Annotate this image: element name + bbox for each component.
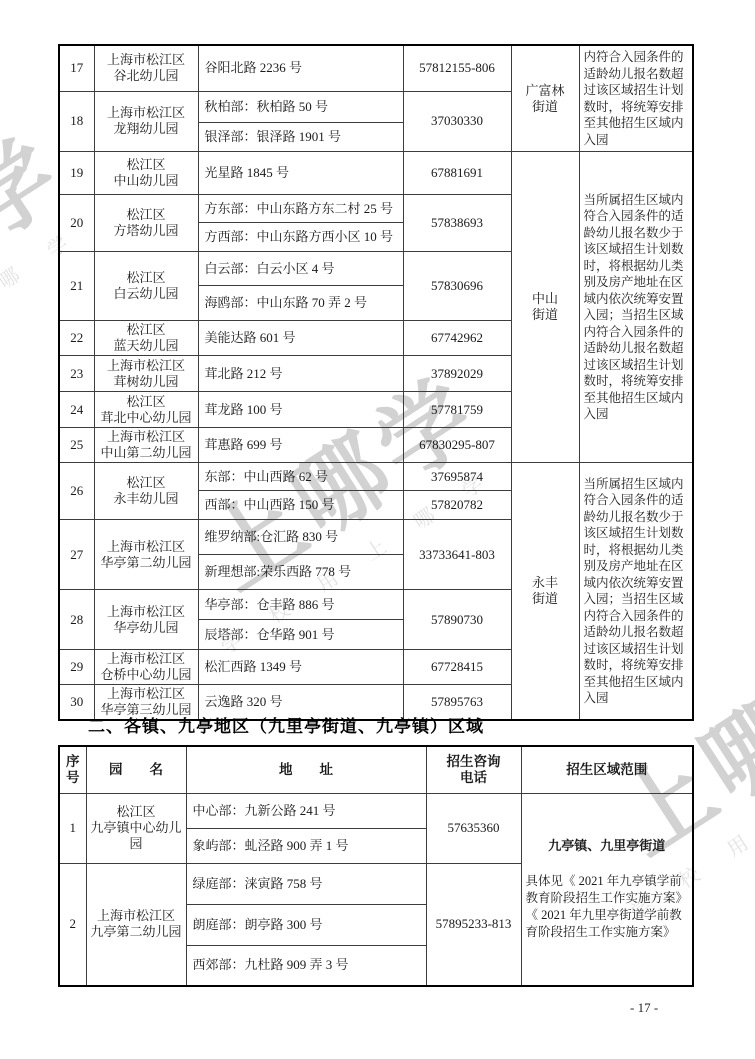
page-number: - 17 -	[630, 1000, 658, 1016]
kindergarten-name-cell: 上海市松江区 华亭幼儿园	[94, 590, 198, 650]
kindergarten-name-cell: 松江区 中山幼儿园	[94, 152, 198, 195]
phone-cell: 57890730	[403, 590, 511, 650]
kindergarten-table-streets: 17 上海市松江区 谷北幼儿园 谷阳北路 2236 号 57812155-806…	[58, 44, 694, 721]
document-page: 上哪学 学 校 用 上 哪 学 上哪学 学 校 用 上 哪 学 上哪学 学 校 …	[0, 0, 755, 1059]
address-cell: 谷阳北路 2236 号	[198, 45, 403, 91]
street-cell: 广富林 街道	[511, 45, 579, 152]
address-cell: 茸惠路 699 号	[198, 428, 403, 463]
phone-cell: 33733641-803	[403, 520, 511, 590]
phone-cell: 57838693	[403, 195, 511, 252]
row-number-cell: 17	[59, 45, 94, 91]
address-cell: 绿庭部：涞寅路 758 号	[186, 863, 426, 904]
kindergarten-table-jiuting: 序 号 园 名 地 址 招生咨询 电话 招生区域范围 1 松江区 九亭镇中心幼儿…	[58, 745, 694, 987]
phone-cell: 67830295-807	[403, 428, 511, 463]
kindergarten-name-cell: 松江区 蓝天幼儿园	[94, 321, 198, 356]
row-number-cell: 22	[59, 321, 94, 356]
address-cell: 茸北路 212 号	[198, 356, 403, 392]
table-header-row: 序 号 园 名 地 址 招生咨询 电话 招生区域范围	[59, 746, 693, 793]
table-row: 1 松江区 九亭镇中心幼儿园 中心部：九新公路 241 号 57635360 九…	[59, 793, 693, 828]
row-number-cell: 18	[59, 91, 94, 152]
kindergarten-name-cell: 松江区 九亭镇中心幼儿园	[86, 793, 186, 863]
kindergarten-name-cell: 上海市松江区 龙翔幼儿园	[94, 91, 198, 152]
phone-cell: 37030330	[403, 91, 511, 152]
kindergarten-name-cell: 松江区 永丰幼儿园	[94, 463, 198, 520]
address-cell: 东部：中山西路 62 号	[198, 463, 403, 491]
phone-cell: 37892029	[403, 356, 511, 392]
address-cell: 美能达路 601 号	[198, 321, 403, 356]
header-kindergarten-name: 园 名	[86, 746, 186, 793]
phone-cell: 57635360	[426, 793, 521, 863]
address-cell: 象屿部：虬泾路 900 弄 1 号	[186, 828, 426, 863]
address-cell: 白云部：白云小区 4 号	[198, 252, 403, 286]
kindergarten-name-cell: 上海市松江区 茸树幼儿园	[94, 356, 198, 392]
row-number-cell: 24	[59, 392, 94, 428]
address-cell: 华亭部：仓丰路 886 号	[198, 590, 403, 620]
row-number-cell: 28	[59, 590, 94, 650]
row-number-cell: 19	[59, 152, 94, 195]
row-number-cell: 27	[59, 520, 94, 590]
header-row-number: 序 号	[59, 746, 86, 793]
address-cell: 中心部：九新公路 241 号	[186, 793, 426, 828]
scope-cell: 当所属招生区域内符合入园条件的适龄幼儿报名数少于该区域招生计划数时，将根据幼儿类…	[579, 152, 693, 463]
row-number-cell: 26	[59, 463, 94, 520]
kindergarten-name-cell: 上海市松江区 九亭第二幼儿园	[86, 863, 186, 986]
kindergarten-name-cell: 上海市松江区 仓桥中心幼儿园	[94, 650, 198, 685]
kindergarten-name-cell: 上海市松江区 华亭第二幼儿园	[94, 520, 198, 590]
address-cell: 方西部：中山东路方西小区 10 号	[198, 223, 403, 252]
header-address: 地 址	[186, 746, 426, 793]
address-cell: 方东部：中山东路方东二村 25 号	[198, 195, 403, 223]
kindergarten-name-cell: 上海市松江区 中山第二幼儿园	[94, 428, 198, 463]
phone-cell: 37695874	[403, 463, 511, 491]
header-scope: 招生区域范围	[521, 746, 693, 793]
scope-title: 九亭镇、九里亭街道	[526, 838, 689, 855]
row-number-cell: 29	[59, 650, 94, 685]
address-cell: 辰塔部：仓华路 901 号	[198, 620, 403, 650]
row-number-cell: 23	[59, 356, 94, 392]
address-cell: 维罗纳部:仓汇路 830 号	[198, 520, 403, 555]
address-cell: 新理想部:荣乐西路 778 号	[198, 555, 403, 590]
scope-cell: 九亭镇、九里亭街道 具体见《 2021 年九亭镇学前教育阶段招生工作实施方案》《…	[521, 793, 693, 986]
header-phone: 招生咨询 电话	[426, 746, 521, 793]
row-number-cell: 25	[59, 428, 94, 463]
kindergarten-name-cell: 松江区 白云幼儿园	[94, 252, 198, 321]
address-cell: 松汇西路 1349 号	[198, 650, 403, 685]
section-title: 二、各镇、九亭地区（九里亭街道、九亭镇）区域	[88, 712, 484, 737]
row-number-cell: 1	[59, 793, 86, 863]
scope-cell: 内符合入园条件的适龄幼儿报名数超过该区域招生计划数时，将统筹安排至其他招生区域内…	[579, 45, 693, 152]
row-number-cell: 2	[59, 863, 86, 986]
kindergarten-name-cell: 松江区 方塔幼儿园	[94, 195, 198, 252]
row-number-cell: 20	[59, 195, 94, 252]
table-row: 17 上海市松江区 谷北幼儿园 谷阳北路 2236 号 57812155-806…	[59, 45, 693, 91]
phone-cell: 67742962	[403, 321, 511, 356]
address-cell: 光星路 1845 号	[198, 152, 403, 195]
row-number-cell: 21	[59, 252, 94, 321]
phone-cell: 67881691	[403, 152, 511, 195]
address-cell: 西部：中山西路 150 号	[198, 491, 403, 520]
scope-body: 具体见《 2021 年九亭镇学前教育阶段招生工作实施方案》《 2021 年九里亭…	[526, 873, 689, 941]
address-cell: 茸龙路 100 号	[198, 392, 403, 428]
address-cell: 西郊部：九杜路 909 弄 3 号	[186, 945, 426, 986]
kindergarten-name-cell: 松江区 茸北中心幼儿园	[94, 392, 198, 428]
phone-cell: 57781759	[403, 392, 511, 428]
phone-cell: 57820782	[403, 491, 511, 520]
scope-cell: 当所属招生区域内符合入园条件的适龄幼儿报名数少于该区域招生计划数时，将根据幼儿类…	[579, 463, 693, 721]
phone-cell: 57895233-813	[426, 863, 521, 986]
street-cell: 永丰 街道	[511, 463, 579, 721]
phone-cell: 57812155-806	[403, 45, 511, 91]
table-row: 19 松江区 中山幼儿园 光星路 1845 号 67881691 中山 街道 当…	[59, 152, 693, 195]
table-row: 26 松江区 永丰幼儿园 东部：中山西路 62 号 37695874 永丰 街道…	[59, 463, 693, 491]
address-cell: 银泽部：银泽路 1901 号	[198, 123, 403, 152]
address-cell: 海鸥部：中山东路 70 弄 2 号	[198, 286, 403, 321]
street-cell: 中山 街道	[511, 152, 579, 463]
phone-cell: 67728415	[403, 650, 511, 685]
phone-cell: 57830696	[403, 252, 511, 321]
address-cell: 秋柏部：秋柏路 50 号	[198, 91, 403, 123]
address-cell: 朗庭部：朗亭路 300 号	[186, 904, 426, 945]
kindergarten-name-cell: 上海市松江区 谷北幼儿园	[94, 45, 198, 91]
